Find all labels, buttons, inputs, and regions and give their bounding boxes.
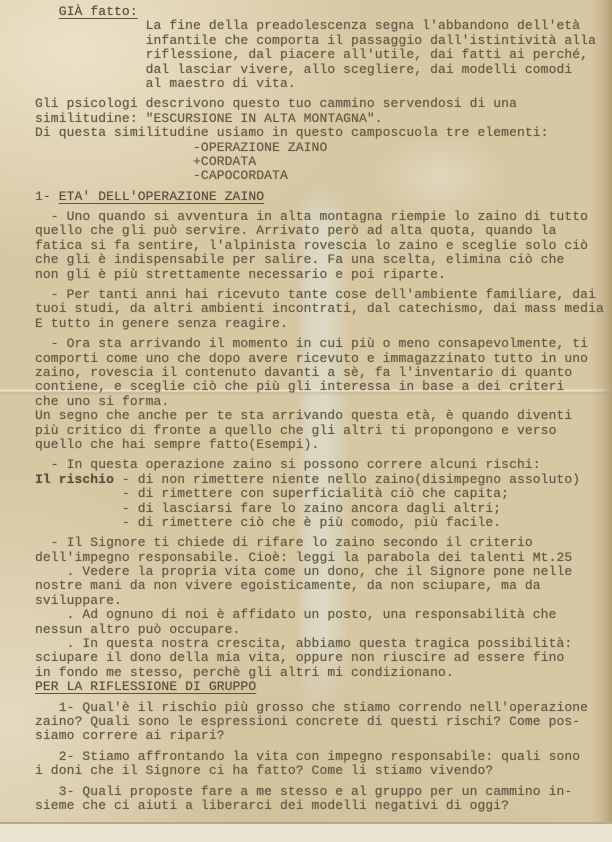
line-text: riflessione, dal piacere all'utile, dai …: [35, 47, 588, 62]
line-text: - Il Signore ti chiede di rifare lo zain…: [35, 535, 533, 550]
line-text: in fondo me stesso, perchè gli altri mi …: [35, 665, 454, 680]
line-text: La fine della preadolescenza segna l'abb…: [35, 18, 580, 33]
text-line: sviluppare.: [35, 594, 612, 608]
line-text: fatica si fa sentire, l'alpinista rovesc…: [35, 238, 588, 253]
scanner-bottom-band: [0, 822, 612, 842]
line-text: 1- Qual'è il rischio più grosso che stia…: [35, 700, 588, 715]
scanned-document-page: GIÀ fatto: La fine della preadolescenza …: [0, 0, 612, 842]
line-text: -OPERAZIONE ZAINO: [35, 140, 327, 155]
text-line: . In questa nostra crescita, abbiamo que…: [35, 637, 612, 651]
document-lines: GIÀ fatto: La fine della preadolescenza …: [35, 5, 612, 813]
line-text: non gli è più strettamente necessario e …: [35, 267, 446, 282]
line-text: Il rischio: [35, 472, 114, 487]
text-line: +CORDATA: [35, 155, 612, 169]
text-line: Un segno che anche per te sta arrivando …: [35, 409, 612, 423]
line-text: i doni che il Signore ci ha fatto? Come …: [35, 763, 493, 778]
text-line: siamo correre ai ripari?: [35, 729, 612, 743]
line-text: siamo correre ai ripari?: [35, 728, 225, 743]
text-line: PER LA RIFLESSIONE DI GRUPPO: [35, 680, 612, 694]
line-text: nessun altro può occupare.: [35, 622, 240, 637]
text-line: similitudine: "ESCURSIONE IN ALTA MONTAG…: [35, 112, 612, 126]
text-line: . Vedere la propria vita come un dono, c…: [35, 565, 612, 579]
text-line: - di lasciarsi fare lo zaino ancora dagl…: [35, 502, 612, 516]
text-line: dal lasciar vivere, allo scegliere, dai …: [35, 63, 612, 77]
text-line: comporti come uno che dopo avere ricevut…: [35, 352, 612, 366]
text-line: . Ad ognuno di noi è affidato un posto, …: [35, 608, 612, 622]
line-text: +CORDATA: [35, 154, 256, 169]
text-line: sciupare il dono della mia vita, oppure …: [35, 651, 612, 665]
line-text: . In questa nostra crescita, abbiamo que…: [35, 636, 572, 651]
text-line: - di rimettere ciò che è più comodo, più…: [35, 516, 612, 530]
line-text: che gli è indispensabile per salire. Fa …: [35, 252, 564, 267]
text-line: non gli è più strettamente necessario e …: [35, 268, 612, 282]
text-line: tuoi studi, da altri ambienti incontrati…: [35, 302, 612, 316]
line-text: - di rimettere con superficialità ciò ch…: [35, 486, 509, 501]
line-text: - di non rimettere niente nello zaino(di…: [114, 472, 580, 487]
line-text: -CAPOCORDATA: [35, 168, 288, 183]
text-line: sieme che ci aiuti a liberarci dei model…: [35, 799, 612, 813]
text-line: dell'impegno responsabile. Cioè: leggi l…: [35, 551, 612, 565]
text-line: quello che gli può servire. Arrivato per…: [35, 224, 612, 238]
line-text: sviluppare.: [35, 593, 122, 608]
text-line: 2- Stiamo affrontando la vita con impegn…: [35, 750, 612, 764]
text-line: Il rischio - di non rimettere niente nel…: [35, 473, 612, 487]
text-line: che gli è indispensabile per salire. Fa …: [35, 253, 612, 267]
text-line: - Ora sta arrivando il momento in cui pi…: [35, 337, 612, 351]
line-text: . Vedere la propria vita come un dono, c…: [35, 564, 572, 579]
line-text: nostre mani da non vivere egoisticamente…: [35, 578, 541, 593]
text-line: -CAPOCORDATA: [35, 169, 612, 183]
text-line: 3- Quali proposte fare a me stesso e al …: [35, 785, 612, 799]
line-text: che uno si forma.: [35, 394, 169, 409]
line-text: dal lasciar vivere, allo scegliere, dai …: [35, 62, 572, 77]
text-line: in fondo me stesso, perchè gli altri mi …: [35, 666, 612, 680]
text-line: contiene, e sceglie ciò che più gli inte…: [35, 380, 612, 394]
line-text: [35, 4, 59, 19]
line-text: zaino? Quali sono le espressioni concret…: [35, 714, 580, 729]
text-line: La fine della preadolescenza segna l'abb…: [35, 19, 612, 33]
text-line: - Per tanti anni hai ricevuto tante cose…: [35, 288, 612, 302]
line-text: 1-: [35, 189, 59, 204]
text-line: - In questa operazione zaino si possono …: [35, 458, 612, 472]
line-text: E tutto in genere senza reagire.: [35, 316, 288, 331]
text-line: GIÀ fatto:: [35, 5, 612, 19]
text-line: riflessione, dal piacere all'utile, dai …: [35, 48, 612, 62]
line-text: al maestro di vita.: [35, 76, 296, 91]
line-text: 2- Stiamo affrontando la vita con impegn…: [35, 749, 580, 764]
text-line: zaino, rovescia il contenuto davanti a s…: [35, 366, 612, 380]
text-line: i doni che il Signore ci ha fatto? Come …: [35, 764, 612, 778]
line-text: dell'impegno responsabile. Cioè: leggi l…: [35, 550, 572, 565]
text-line: Gli psicologi descrivono questo tuo camm…: [35, 97, 612, 111]
text-line: 1- Qual'è il rischio più grosso che stia…: [35, 701, 612, 715]
line-text: similitudine: "ESCURSIONE IN ALTA MONTAG…: [35, 111, 383, 126]
line-text: sciupare il dono della mia vita, oppure …: [35, 650, 564, 665]
text-line: zaino? Quali sono le espressioni concret…: [35, 715, 612, 729]
text-line: - Il Signore ti chiede di rifare lo zain…: [35, 536, 612, 550]
text-line: quello che hai sempre fatto(Esempi).: [35, 438, 612, 452]
text-line: nostre mani da non vivere egoisticamente…: [35, 579, 612, 593]
line-text: zaino, rovescia il contenuto davanti a s…: [35, 365, 572, 380]
line-text: . Ad ognuno di noi è affidato un posto, …: [35, 607, 556, 622]
line-text: 3- Quali proposte fare a me stesso e al …: [35, 784, 572, 799]
line-text: tuoi studi, da altri ambienti incontrati…: [35, 301, 604, 316]
text-line: fatica si fa sentire, l'alpinista rovesc…: [35, 239, 612, 253]
line-text: Un segno che anche per te sta arrivando …: [35, 408, 572, 423]
text-line: infantile che comporta il passaggio dall…: [35, 34, 612, 48]
text-line: Di questa similitudine usiamo in questo …: [35, 126, 612, 140]
line-text: - Uno quando si avventura in alta montag…: [35, 209, 588, 224]
text-line: nessun altro può occupare.: [35, 623, 612, 637]
line-text: - di lasciarsi fare lo zaino ancora dagl…: [35, 501, 501, 516]
text-line: più critico di fronte a quello che gli a…: [35, 424, 612, 438]
line-text: quello che gli può servire. Arrivato per…: [35, 223, 556, 238]
text-line: che uno si forma.: [35, 395, 612, 409]
text-line: - Uno quando si avventura in alta montag…: [35, 210, 612, 224]
text-line: - di rimettere con superficialità ciò ch…: [35, 487, 612, 501]
underlined-heading-text: GIÀ fatto:: [59, 4, 138, 19]
text-line: E tutto in genere senza reagire.: [35, 317, 612, 331]
line-text: più critico di fronte a quello che gli a…: [35, 423, 556, 438]
underlined-heading-text: PER LA RIFLESSIONE DI GRUPPO: [35, 679, 256, 694]
underlined-heading-text: ETA' DELL'OPERAZIONE ZAINO: [59, 189, 264, 204]
line-text: Gli psicologi descrivono questo tuo camm…: [35, 96, 517, 111]
text-line: al maestro di vita.: [35, 77, 612, 91]
line-text: - Ora sta arrivando il momento in cui pi…: [35, 336, 588, 351]
text-line: -OPERAZIONE ZAINO: [35, 141, 612, 155]
line-text: Di questa similitudine usiamo in questo …: [35, 125, 549, 140]
line-text: - Per tanti anni hai ricevuto tante cose…: [35, 287, 596, 302]
line-text: infantile che comporta il passaggio dall…: [35, 33, 596, 48]
line-text: - In questa operazione zaino si possono …: [35, 457, 541, 472]
line-text: sieme che ci aiuti a liberarci dei model…: [35, 798, 509, 813]
line-text: contiene, e sceglie ciò che più gli inte…: [35, 379, 564, 394]
text-line: 1- ETA' DELL'OPERAZIONE ZAINO: [35, 190, 612, 204]
line-text: quello che hai sempre fatto(Esempi).: [35, 437, 319, 452]
line-text: - di rimettere ciò che è più comodo, più…: [35, 515, 501, 530]
line-text: comporti come uno che dopo avere ricevut…: [35, 351, 588, 366]
